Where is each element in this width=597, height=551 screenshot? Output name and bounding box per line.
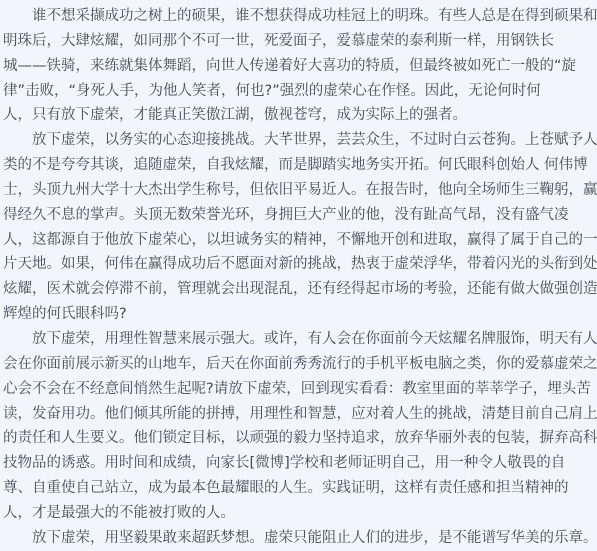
text-line: 的责任和人生要义。他们锁定目标，以顽强的毅力坚持追求，放弃华丽外表的包装，摒弃高… <box>3 426 593 451</box>
text-line: 人，才是最强大的不能被打败的人。 <box>3 501 593 526</box>
text-line: 尊、自重使自己站立，成为最本色最耀眼的人生。实践证明，这样有责任感和担当精神的 <box>3 476 593 501</box>
text-line: 放下虚荣，用理性智慧来展示强大。或许，有人会在你面前今天炫耀名牌服饰，明天有人 <box>3 327 593 352</box>
essay-document: 谁不想采撷成功之树上的硕果，谁不想获得成功桂冠上的明珠。有些人总是在得到硕果和 … <box>0 0 597 551</box>
text-line: 技物品的诱惑。用时间和成绩，向家长[微博]学校和老师证明自己，用一种令人敬畏的自 <box>3 451 593 476</box>
text-line: 心会不会在不经意间悄然生起呢?请放下虚荣，回到现实看看：教室里面的莘莘学子，埋头… <box>3 377 593 402</box>
text-line: 得经久不息的掌声。头顶无数荣誉光环，身拥巨大产业的他，没有趾高气昂，没有盛气凌 <box>3 203 593 228</box>
text-line: 人，只有放下虚荣，才能真正笑傲江湖，傲视苍穹，成为实际上的强者。 <box>3 103 593 128</box>
text-line: 炫耀，医术就会停滞不前，管理就会出现混乱，还有经得起市场的考验，还能有做大做强创… <box>3 277 593 302</box>
text-line: 城——铁骑，来练就集体舞蹈，向世人传递着好大喜功的特质，但最终被如死亡一般的“旋 <box>3 54 593 79</box>
text-line: 放下虚荣，以务实的心态迎接挑战。大芊世界，芸芸众生，不过时白云苍狗。上苍赋予人 <box>3 128 593 153</box>
text-line: 类的不是夸夸其谈，追随虚荣，自我炫耀，而是脚踏实地务实开拓。何氏眼科创始人 何伟… <box>3 153 593 178</box>
paragraph-intro: 谁不想采撷成功之树上的硕果，谁不想获得成功桂冠上的明珠。有些人总是在得到硕果和 … <box>3 4 593 128</box>
text-line: 读，发奋用功。他们倾其所能的拼搏，用理性和智慧，应对着人生的挑战，清楚目前自己肩… <box>3 402 593 427</box>
text-line: 片天地。如果，何伟在赢得成功后不愿面对新的挑战，热衷于虚荣浮华，带着闪光的头衔到… <box>3 252 593 277</box>
paragraph-rational-wisdom: 放下虚荣，用理性智慧来展示强大。或许，有人会在你面前今天炫耀名牌服饰，明天有人 … <box>3 327 593 526</box>
text-line: 放下虚荣，用坚毅果敢来超跃梦想。虚荣只能阻止人们的进步，是不能谱写华美的乐章。 <box>3 526 593 551</box>
text-line: 会在你面前展示新买的山地车，后天在你面前秀秀流行的手机平板电脑之类，你的爱慕虚荣… <box>3 352 593 377</box>
text-line: 人，这都源自于他放下虚荣心，以坦诚务实的精神，不懈地开创和进取，赢得了属于自己的… <box>3 228 593 253</box>
paragraph-closing: 放下虚荣，用坚毅果敢来超跃梦想。虚荣只能阻止人们的进步，是不能谱写华美的乐章。 <box>3 526 593 551</box>
text-line: 律”击败，“身死人手，为他人笑者，何也?”强烈的虚荣心在作怪。因此，无论何时何 <box>3 79 593 104</box>
text-line: 士，头顶九州大学十大杰出学生称号，但依旧平易近人。在报告时，他向全场师生三鞠躬，… <box>3 178 593 203</box>
paragraph-pragmatic-attitude: 放下虚荣，以务实的心态迎接挑战。大芊世界，芸芸众生，不过时白云苍狗。上苍赋予人 … <box>3 128 593 327</box>
text-line: 辉煌的何氏眼科吗? <box>3 302 593 327</box>
text-line: 谁不想采撷成功之树上的硕果，谁不想获得成功桂冠上的明珠。有些人总是在得到硕果和 <box>3 4 593 29</box>
text-line: 明珠后，大肆炫耀，如同那个不可一世，死爱面子，爱慕虚荣的泰利斯一样，用钢铁长 <box>3 29 593 54</box>
